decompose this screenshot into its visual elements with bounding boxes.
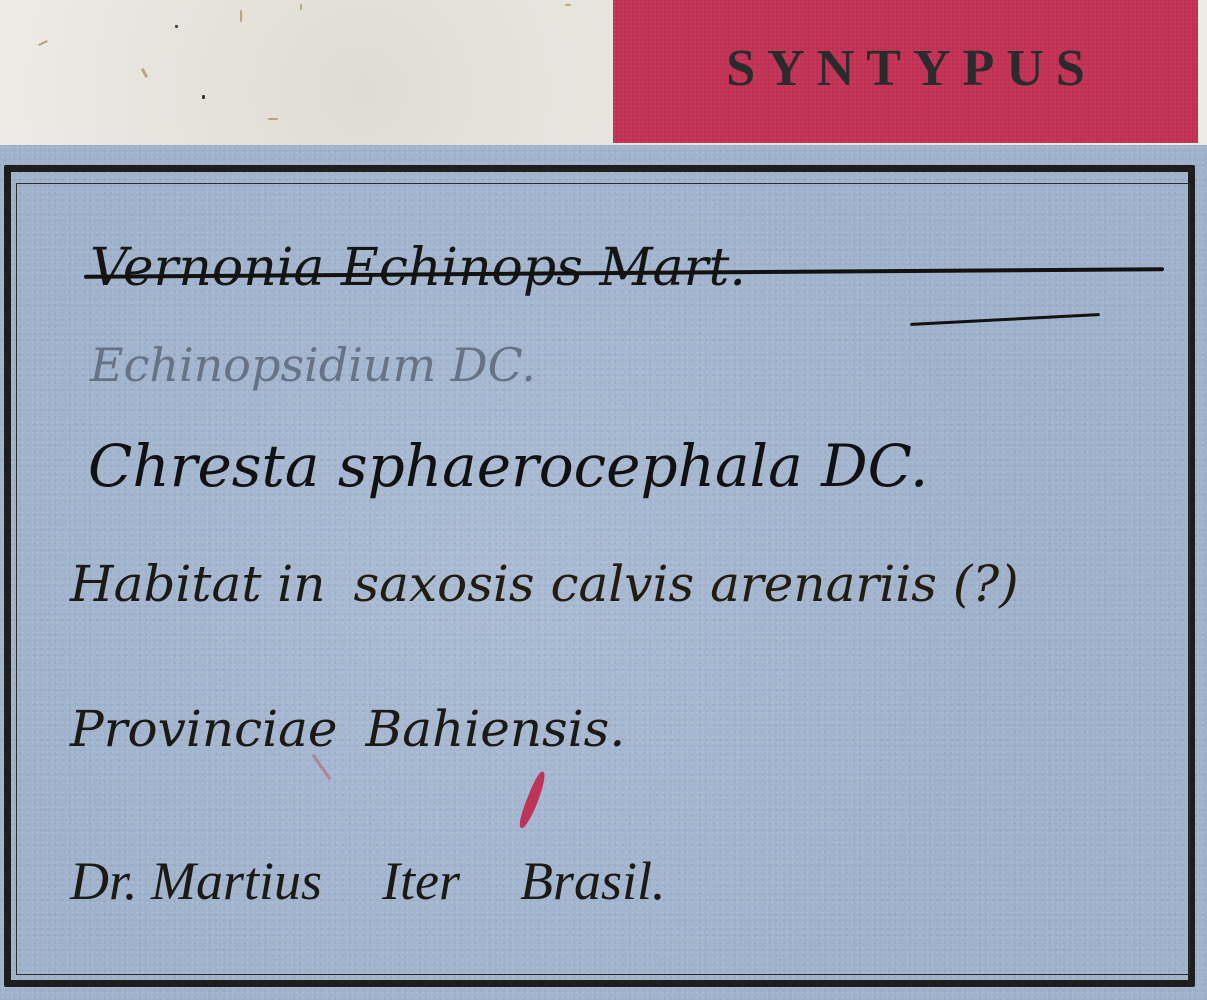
- original-name-line: Vernonia Echinops Mart.: [90, 238, 746, 298]
- syntype-label: SYNTYPUS: [613, 0, 1198, 143]
- paper-fleck: [240, 10, 242, 22]
- paper-fleck: [300, 4, 302, 10]
- paper-fleck: [175, 25, 178, 28]
- paper-fleck: [565, 4, 571, 6]
- paper-fleck: [38, 40, 48, 46]
- province-printed: Provinciae: [70, 700, 337, 758]
- iter-text: Iter: [382, 851, 460, 911]
- habitat-printed: Habitat in: [70, 555, 326, 613]
- habitat-handwritten: saxosis calvis arenariis (?): [354, 555, 1019, 613]
- habitat-line: Habitat insaxosis calvis arenariis (?): [70, 555, 1019, 613]
- paper-fleck: [202, 95, 205, 99]
- country-text: Brasil.: [520, 851, 666, 911]
- original-name: Vernonia Echinops Mart.: [90, 238, 746, 298]
- paper-fleck: [268, 118, 278, 120]
- pencil-annotation: Echinopsidium DC.: [90, 338, 536, 392]
- province-handwritten: Bahiensis.: [365, 700, 625, 758]
- paper-fleck: [141, 68, 149, 78]
- collector-line: Dr. MartiusIterBrasil.: [70, 850, 666, 912]
- syntype-text: SYNTYPUS: [726, 39, 1097, 98]
- collector-name: Dr. Martius: [70, 851, 322, 911]
- accepted-name: Chresta sphaerocephala DC.: [88, 432, 928, 500]
- province-line: ProvinciaeBahiensis.: [70, 700, 625, 758]
